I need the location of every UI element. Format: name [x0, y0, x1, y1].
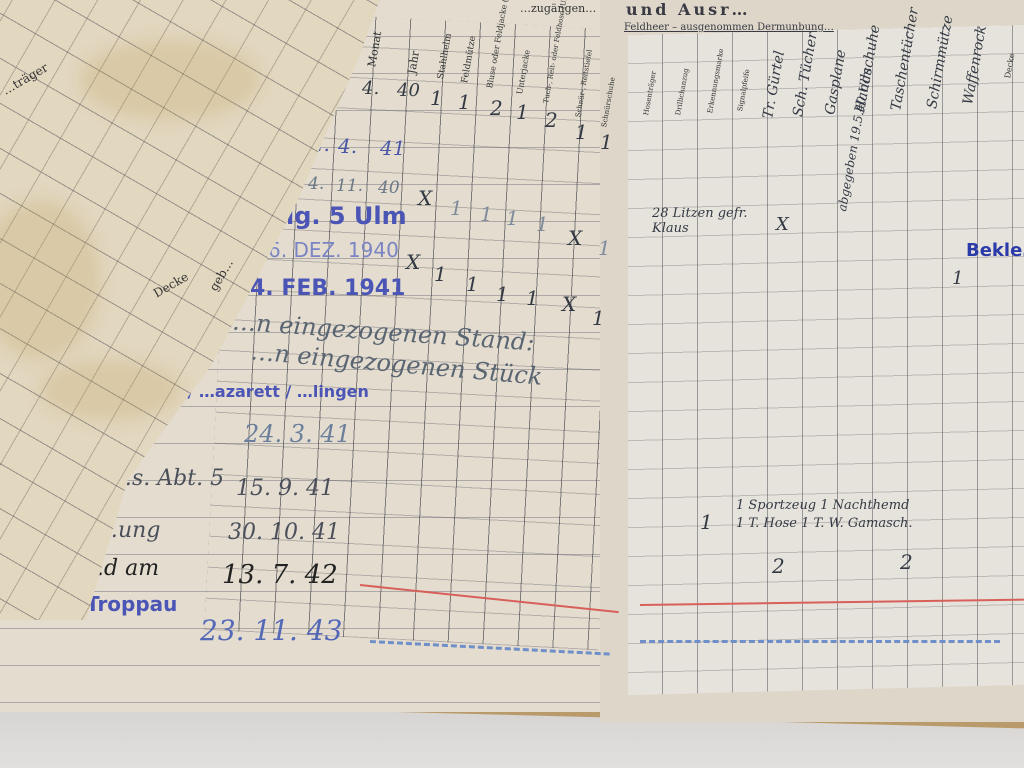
stamp-bekleidung: Bekle…: [966, 240, 1024, 261]
row1-month: 4.: [362, 78, 379, 99]
row3-cell: 1: [506, 206, 519, 230]
row6-cell: 1: [592, 306, 605, 330]
annotation-litzen: 28 Litzen gefr. Klaus: [652, 206, 747, 236]
row1-cell: 2: [545, 108, 558, 132]
row1-cell: 1: [575, 120, 588, 144]
annotation-one-b: 1: [700, 510, 713, 534]
row3-cell: 1: [480, 202, 493, 226]
row1-cell: 1: [516, 100, 529, 124]
row3-year: 40: [378, 178, 400, 198]
row3-cell: 1: [536, 212, 549, 236]
annotation-two-a: 2: [772, 554, 785, 578]
row1-year: 40: [397, 80, 420, 101]
row3-month: 11.: [336, 176, 363, 196]
row5-cell: X: [406, 250, 420, 274]
row6-cell: 1: [496, 282, 509, 306]
row6-cell: 1: [526, 286, 539, 310]
row3-cell: 1: [598, 236, 611, 260]
row6-cell: X: [562, 292, 576, 316]
stamp-troppau: Troppau: [86, 592, 177, 616]
row3-day: 4.: [308, 174, 324, 194]
annotation-sportzeug: 1 Sportzeug 1 Nachthemd: [736, 498, 909, 513]
row2-month: 4.: [338, 134, 357, 158]
right-subtitle-fragment: Feldheer – ausgenommen Dermunbung…: [624, 22, 834, 33]
row8-date: 24. 3. 41: [244, 420, 351, 448]
annotation-two-b: 2: [900, 550, 913, 574]
row12-date: 23. 11. 43: [200, 614, 343, 647]
row1-cell: 1: [600, 130, 613, 154]
left-page-header-fragment: …zugängen…: [520, 2, 596, 15]
row6-cell: 1: [434, 262, 447, 286]
right-title-fragment: und Ausr…: [626, 0, 751, 19]
annotation-x: X: [776, 214, 789, 235]
row1-cell: 1: [458, 90, 471, 114]
row9-date: 15. 9. 41: [236, 476, 334, 501]
row3-cell: X: [418, 186, 432, 210]
row6-cell: 1: [466, 272, 479, 296]
row3-cell: 1: [450, 196, 463, 220]
row11-date: 13. 7. 42: [222, 560, 338, 590]
row3-cell: X: [568, 226, 582, 250]
annotation-hose: 1 T. Hose 1 T. W. Gamasch.: [736, 516, 913, 531]
right-grid: [628, 25, 1024, 695]
row2-year: 41: [380, 136, 405, 160]
row1-cell: 1: [430, 86, 443, 110]
row10-date: 30. 10. 41: [228, 520, 340, 545]
annotation-one: 1: [952, 268, 963, 289]
blue-dash-line-right: [640, 640, 1000, 643]
row1-cell: 2: [490, 96, 503, 120]
